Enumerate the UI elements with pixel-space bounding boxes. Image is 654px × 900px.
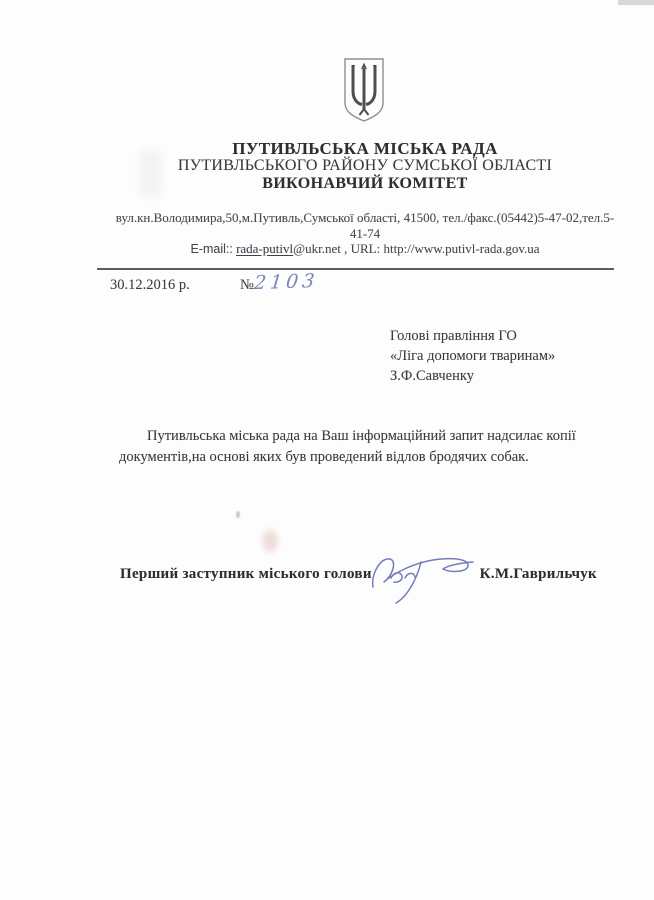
org-committee: ВИКОНАВЧИЙ КОМІТЕТ	[85, 175, 645, 193]
address-line-wrap: 41-74	[85, 226, 645, 242]
scan-artifact	[618, 0, 654, 5]
email-link: rada-putivl	[236, 241, 293, 256]
number-sign: №	[240, 277, 254, 294]
scanned-letter-page: ПУТИВЛЬСЬКА МІСЬКА РАДА ПУТИВЛЬСЬКОГО РА…	[0, 0, 654, 900]
signatory-position: Перший заступник міського голови	[120, 566, 372, 583]
address-line: вул.кн.Володимира,50,м.Путивль,Сумської …	[85, 210, 645, 226]
scan-artifact	[236, 511, 240, 518]
signatory-name: К.М.Гаврильчук	[480, 566, 597, 583]
body-line: Путивльська міська рада на Ваш інформаці…	[119, 426, 619, 447]
email-label: E-mail::	[190, 242, 232, 256]
org-name: ПУТИВЛЬСЬКА МІСЬКА РАДА	[85, 139, 645, 159]
document-date: 30.12.2016 р.	[110, 277, 190, 294]
email-domain-and-url: @ukr.net , URL: http://www.putivl-rada.g…	[293, 241, 539, 256]
body-line: документів,на основі яких був проведений…	[119, 447, 619, 468]
body-paragraph: Путивльська міська рада на Ваш інформаці…	[119, 426, 619, 468]
divider-line	[97, 268, 614, 270]
handwritten-document-number: 2103	[253, 270, 320, 294]
email-url-line: E-mail:: rada-putivl@ukr.net , URL: http…	[85, 241, 645, 257]
org-region: ПУТИВЛЬСЬКОГО РАЙОНУ СУМСЬКОЇ ОБЛАСТІ	[85, 157, 645, 175]
addressee-line: З.Ф.Савченку	[390, 366, 555, 386]
addressee-line: Голові правління ГО	[390, 326, 555, 346]
addressee-block: Голові правління ГО «Ліга допомоги твари…	[390, 326, 555, 386]
handwritten-signature-ink	[362, 545, 484, 605]
addressee-line: «Ліга допомоги тваринам»	[390, 346, 555, 366]
tryzub-coat-of-arms-icon	[342, 57, 386, 123]
scan-artifact	[262, 530, 278, 552]
